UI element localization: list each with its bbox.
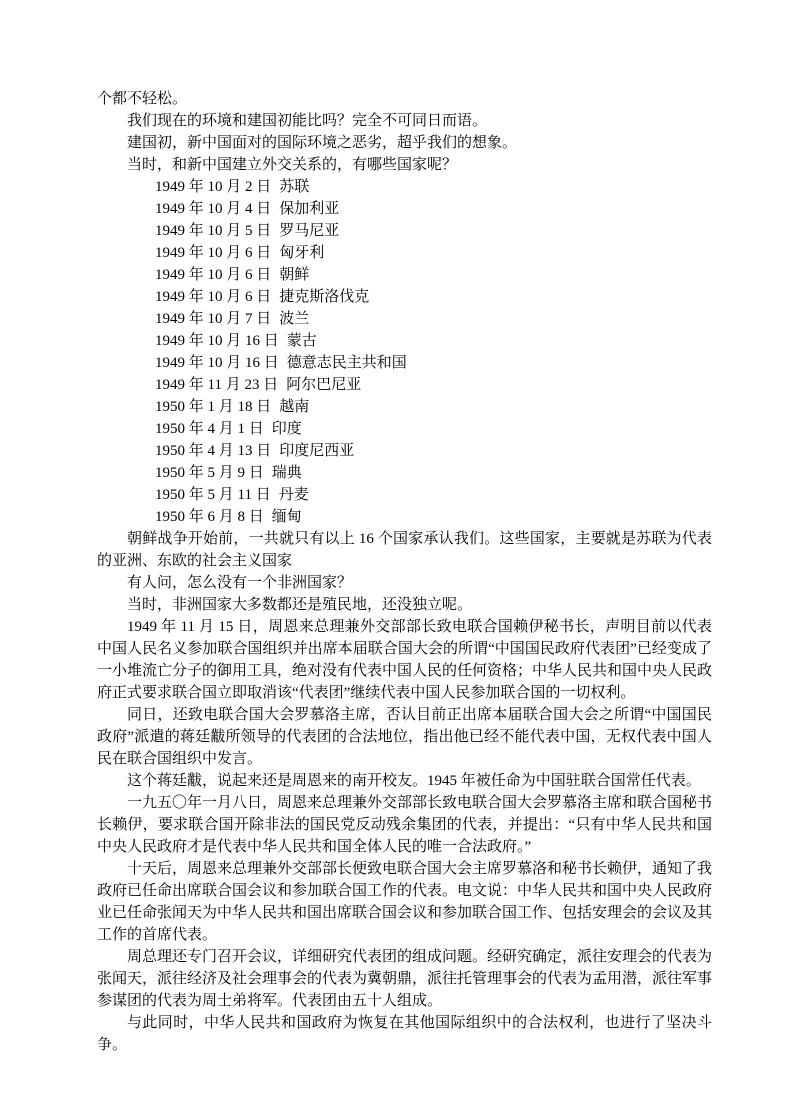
country-name: 波兰	[279, 311, 309, 327]
date-list-row: 1949 年 11 月 23 日阿尔巴尼亚	[97, 374, 712, 396]
country-name: 罗马尼亚	[279, 223, 339, 239]
paragraph: 1949 年 11 月 15 日，周恩来总理兼外交部部长致电联合国赖伊秘书长，声…	[97, 616, 712, 704]
country-name: 印度尼西亚	[279, 443, 354, 459]
paragraph: 十天后，周恩来总理兼外交部部长便致电联合国大会主席罗慕洛和秘书长赖伊，通知了我政…	[97, 858, 712, 946]
date-text: 1949 年 10 月 6 日	[155, 289, 271, 305]
paragraph: 有人问，怎么没有一个非洲国家？	[97, 572, 712, 594]
date-list-row: 1950 年 6 月 8 日缅甸	[97, 506, 712, 528]
date-text: 1950 年 4 月 1 日	[155, 421, 264, 437]
date-text: 1950 年 5 月 9 日	[155, 465, 264, 481]
country-name: 缅甸	[272, 509, 302, 525]
paragraph: 周总理还专门召开会议，详细研究代表团的组成问题。经研究确定，派往安理会的代表为张…	[97, 946, 712, 1012]
country-name: 捷克斯洛伐克	[279, 289, 369, 305]
date-text: 1949 年 10 月 6 日	[155, 245, 271, 261]
date-text: 1949 年 10 月 7 日	[155, 311, 271, 327]
document-page: 个都不轻松。 我们现在的环境和建国初能比吗？完全不可同日而语。 建国初，新中国面…	[0, 0, 800, 1100]
paragraph: 建国初，新中国面对的国际环境之恶劣，超乎我们的想象。	[97, 132, 712, 154]
date-list-row: 1949 年 10 月 6 日捷克斯洛伐克	[97, 286, 712, 308]
country-name: 德意志民主共和国	[287, 355, 407, 371]
date-text: 1949 年 10 月 2 日	[155, 179, 271, 195]
date-text: 1950 年 6 月 8 日	[155, 509, 264, 525]
date-list-row: 1949 年 10 月 16 日蒙古	[97, 330, 712, 352]
paragraph: 同日，还致电联合国大会罗慕洛主席，否认目前正出席本届联合国大会之所谓“中国国民政…	[97, 704, 712, 770]
country-name: 匈牙利	[279, 245, 324, 261]
date-list-row: 1949 年 10 月 6 日匈牙利	[97, 242, 712, 264]
date-list-row: 1950 年 5 月 9 日瑞典	[97, 462, 712, 484]
country-name: 越南	[279, 399, 309, 415]
country-name: 阿尔巴尼亚	[286, 377, 361, 393]
paragraph: 当时，非洲国家大多数都还是殖民地，还没独立呢。	[97, 594, 712, 616]
recognition-date-list: 1949 年 10 月 2 日苏联 1949 年 10 月 4 日保加利亚 19…	[97, 176, 712, 528]
paragraph: 与此同时，中华人民共和国政府为恢复在其他国际组织中的合法权利，也进行了坚决斗争。	[97, 1012, 712, 1056]
paragraph: 我们现在的环境和建国初能比吗？完全不可同日而语。	[97, 110, 712, 132]
date-text: 1949 年 11 月 23 日	[155, 377, 278, 393]
date-text: 1949 年 10 月 4 日	[155, 201, 271, 217]
paragraph: 一九五〇年一月八日，周恩来总理兼外交部部长致电联合国大会罗慕洛主席和联合国秘书长…	[97, 792, 712, 858]
date-text: 1950 年 1 月 18 日	[155, 399, 271, 415]
date-list-row: 1949 年 10 月 5 日罗马尼亚	[97, 220, 712, 242]
date-list-row: 1950 年 5 月 11 日丹麦	[97, 484, 712, 506]
date-list-row: 1950 年 4 月 1 日印度	[97, 418, 712, 440]
paragraph: 朝鲜战争开始前，一共就只有以上 16 个国家承认我们。这些国家，主要就是苏联为代…	[97, 528, 712, 572]
date-list-row: 1949 年 10 月 6 日朝鲜	[97, 264, 712, 286]
date-list-row: 1950 年 4 月 13 日印度尼西亚	[97, 440, 712, 462]
country-name: 蒙古	[287, 333, 317, 349]
date-text: 1949 年 10 月 5 日	[155, 223, 271, 239]
date-text: 1950 年 5 月 11 日	[155, 487, 271, 503]
country-name: 朝鲜	[279, 267, 309, 283]
date-list-row: 1949 年 10 月 7 日波兰	[97, 308, 712, 330]
paragraph-continuation: 个都不轻松。	[97, 88, 712, 110]
paragraph: 这个蒋廷黻，说起来还是周恩来的南开校友。1945 年被任命为中国驻联合国常任代表…	[97, 770, 712, 792]
date-text: 1950 年 4 月 13 日	[155, 443, 271, 459]
date-list-row: 1950 年 1 月 18 日越南	[97, 396, 712, 418]
country-name: 印度	[272, 421, 302, 437]
date-list-row: 1949 年 10 月 2 日苏联	[97, 176, 712, 198]
country-name: 丹麦	[279, 487, 309, 503]
date-text: 1949 年 10 月 6 日	[155, 267, 271, 283]
country-name: 保加利亚	[279, 201, 339, 217]
date-text: 1949 年 10 月 16 日	[155, 355, 279, 371]
country-name: 苏联	[279, 179, 309, 195]
date-list-row: 1949 年 10 月 4 日保加利亚	[97, 198, 712, 220]
country-name: 瑞典	[272, 465, 302, 481]
date-list-row: 1949 年 10 月 16 日德意志民主共和国	[97, 352, 712, 374]
date-text: 1949 年 10 月 16 日	[155, 333, 279, 349]
paragraph: 当时，和新中国建立外交关系的，有哪些国家呢？	[97, 154, 712, 176]
